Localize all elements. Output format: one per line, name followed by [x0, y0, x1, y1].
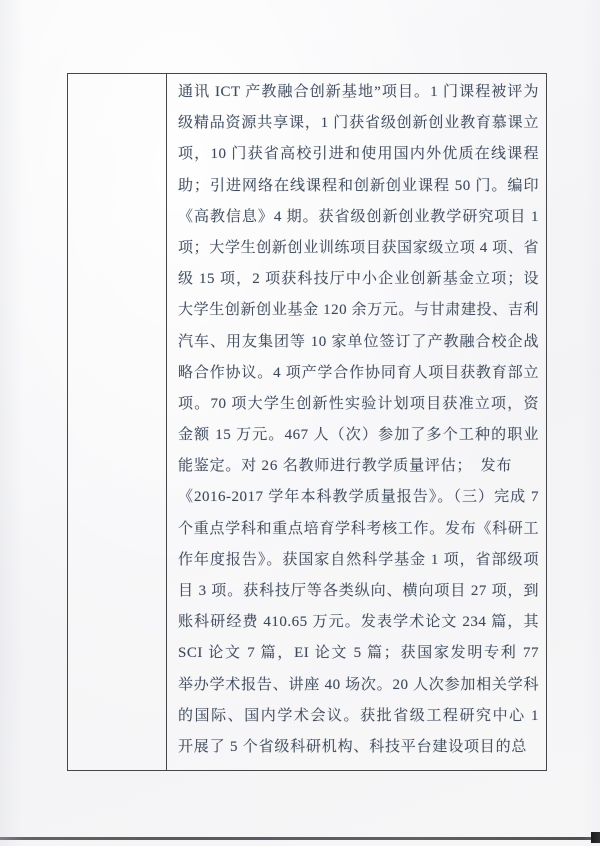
- table-label-cell: [68, 74, 167, 770]
- text-line: 级精品资源共享课，1 门获省级创新创业教育慕课立: [178, 108, 539, 139]
- text-line: 助；引进网络在线课程和创新创业课程 50 门。编印: [178, 171, 539, 202]
- scanned-document-page: 通讯 ICT 产教融合创新基地”项目。1 门课程被评为省级精品资源共享课，1 门…: [0, 0, 600, 846]
- text-line: SCI 论文 7 篇，EI 论文 5 篇；获国家发明专利 77 项。: [178, 638, 539, 669]
- table-text-cell: 通讯 ICT 产教融合创新基地”项目。1 门课程被评为省级精品资源共享课，1 门…: [167, 74, 546, 770]
- text-line: 开展了 5 个省级科研机构、科技平台建设项目的总结: [178, 732, 539, 763]
- text-line: 通讯 ICT 产教融合创新基地”项目。1 门课程被评为省: [178, 77, 539, 108]
- text-line: 举办学术报告、讲座 40 场次。20 人次参加相关学科: [178, 670, 539, 701]
- text-line: 《高教信息》4 期。获省级创新创业教学研究项目 1: [178, 202, 539, 233]
- text-line: 能鉴定。对 26 名教师进行教学质量评估； 发布: [178, 451, 539, 482]
- text-line: 大学生创新创业基金 120 余万元。与甘肃建投、吉利: [178, 295, 539, 326]
- text-line: 作年度报告》。获国家自然科学基金 1 项，省部级项: [178, 545, 539, 576]
- text-line: 项，10 门获省高校引进和使用国内外优质在线课程资: [178, 139, 539, 170]
- text-line: 汽车、用友集团等 10 家单位签订了产教融合校企战: [178, 327, 539, 358]
- text-line: 《2016-2017 学年本科教学质量报告》。（三）完成 7: [178, 482, 539, 513]
- report-table: 通讯 ICT 产教融合创新基地”项目。1 门课程被评为省级精品资源共享课，1 门…: [67, 73, 547, 771]
- scanner-edge-line: [0, 837, 600, 840]
- text-line: 的国际、国内学术会议。获批省级工程研究中心 1 个。: [178, 701, 539, 732]
- text-line: 项；大学生创新创业训练项目获国家级立项 4 项、省: [178, 233, 539, 264]
- text-line: 级 15 项，2 项获科技厅中小企业创新基金立项；设立: [178, 264, 539, 295]
- text-line: 略合作协议。4 项产学合作协同育人项目获教育部立: [178, 358, 539, 389]
- text-line: 项。70 项大学生创新性实验计划项目获准立项，资助: [178, 389, 539, 420]
- text-line: 金额 15 万元。467 人（次）参加了多个工种的职业技: [178, 420, 539, 451]
- text-line: 目 3 项。获科技厅等各类纵向、横向项目 27 项，到: [178, 576, 539, 607]
- scanner-corner-mark: [591, 832, 600, 843]
- text-line: 账科研经费 410.65 万元。发表学术论文 234 篇，其中: [178, 607, 539, 638]
- text-line: 个重点学科和重点培育学科考核工作。发布《科研工: [178, 514, 539, 545]
